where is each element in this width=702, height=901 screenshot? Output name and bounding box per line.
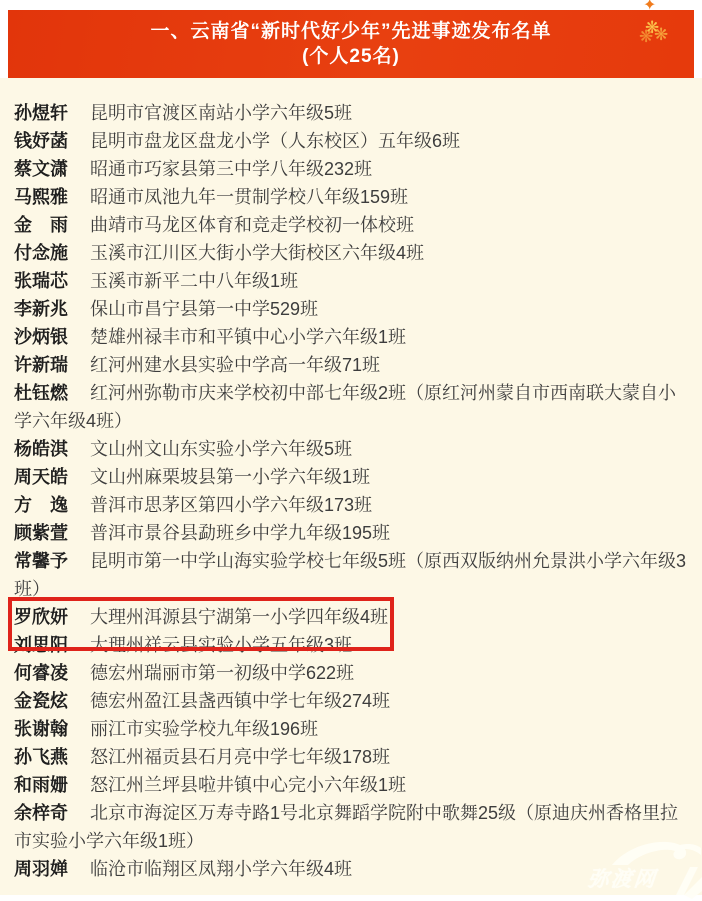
student-school: 怒江州兰坪县啦井镇中心完小六年级1班 <box>90 775 406 795</box>
student-name: 常馨予 <box>14 551 68 571</box>
student-school: 保山市昌宁县第一中学529班 <box>90 299 318 319</box>
list-item: 余梓奇北京市海淀区万寿寺路1号北京舞蹈学院附中歌舞25级（原迪庆州香格里拉市实验… <box>14 799 692 855</box>
student-name: 方 逸 <box>14 495 68 515</box>
student-name: 马熙雅 <box>14 187 68 207</box>
list-item: 钱妤菡昆明市盘龙区盘龙小学（人东校区）五年级6班 <box>14 127 692 155</box>
list-item: 常馨予昆明市第一中学山海实验学校七年级5班（原西双版纳州允景洪小学六年级3班） <box>14 547 692 603</box>
student-name: 付念施 <box>14 243 68 263</box>
student-school: 普洱市景谷县勐班乡中学九年级195班 <box>90 523 390 543</box>
student-name: 金 雨 <box>14 215 68 235</box>
list-item: 何睿凌德宏州瑞丽市第一初级中学622班 <box>14 659 692 687</box>
page-title: 一、云南省“新时代好少年”先进事迹发布名单 <box>8 19 694 44</box>
student-name: 金瓷炫 <box>14 691 68 711</box>
student-name: 张谢翰 <box>14 719 68 739</box>
student-school: 曲靖市马龙区体育和竞走学校初一体校班 <box>90 215 414 235</box>
student-name: 周天皓 <box>14 467 68 487</box>
student-school: 玉溪市新平二中八年级1班 <box>90 271 298 291</box>
list-item: 沙炳银楚雄州禄丰市和平镇中心小学六年级1班 <box>14 323 692 351</box>
student-name: 张瑞芯 <box>14 271 68 291</box>
student-school: 丽江市实验学校九年级196班 <box>90 719 318 739</box>
list-item: 金 雨曲靖市马龙区体育和竞走学校初一体校班 <box>14 211 692 239</box>
student-school: 红河州弥勒市庆来学校初中部七年级2班（原红河州蒙自市西南联大蒙自小学六年级4班） <box>14 383 676 431</box>
student-name: 蔡文潇 <box>14 159 68 179</box>
student-school: 怒江州福贡县石月亮中学七年级178班 <box>90 747 390 767</box>
student-school: 昆明市官渡区南站小学六年级5班 <box>90 103 352 123</box>
student-school: 玉溪市江川区大街小学大街校区六年级4班 <box>90 243 424 263</box>
highlight-box <box>8 597 394 651</box>
list-item: 蔡文潇昭通市巧家县第三中学八年级232班 <box>14 155 692 183</box>
list-item: 付念施玉溪市江川区大街小学大街校区六年级4班 <box>14 239 692 267</box>
student-name: 余梓奇 <box>14 803 68 823</box>
student-name: 周羽婵 <box>14 859 68 879</box>
student-name: 钱妤菡 <box>14 131 68 151</box>
student-school: 普洱市思茅区第四小学六年级173班 <box>90 495 372 515</box>
student-school: 昆明市盘龙区盘龙小学（人东校区）五年级6班 <box>90 131 460 151</box>
student-name: 沙炳银 <box>14 327 68 347</box>
list-item: 孙飞燕怒江州福贡县石月亮中学七年级178班 <box>14 743 692 771</box>
student-school: 德宏州盈江县盏西镇中学七年级274班 <box>90 691 390 711</box>
list-item: 张谢翰丽江市实验学校九年级196班 <box>14 715 692 743</box>
entries-list: 孙煜轩昆明市官渡区南站小学六年级5班 钱妤菡昆明市盘龙区盘龙小学（人东校区）五年… <box>0 78 702 895</box>
list-item: 周天皓文山州麻栗坡县第一小学六年级1班 <box>14 463 692 491</box>
student-school: 文山州文山东实验小学六年级5班 <box>90 439 352 459</box>
page-subtitle: (个人25名) <box>8 44 694 69</box>
student-name: 杨皓淇 <box>14 439 68 459</box>
student-school: 昭通市凤池九年一贯制学校八年级159班 <box>90 187 408 207</box>
student-name: 孙飞燕 <box>14 747 68 767</box>
list-item: 许新瑞红河州建水县实验中学高一年级71班 <box>14 351 692 379</box>
student-name: 杜钰燃 <box>14 383 68 403</box>
student-name: 许新瑞 <box>14 355 68 375</box>
list-item: 张瑞芯玉溪市新平二中八年级1班 <box>14 267 692 295</box>
list-item: 方 逸普洱市思茅区第四小学六年级173班 <box>14 491 692 519</box>
student-school: 临沧市临翔区凤翔小学六年级4班 <box>90 859 352 879</box>
student-school: 文山州麻栗坡县第一小学六年级1班 <box>90 467 370 487</box>
student-school: 北京市海淀区万寿寺路1号北京舞蹈学院附中歌舞25级（原迪庆州香格里拉市实验小学六… <box>14 803 678 851</box>
student-school: 楚雄州禄丰市和平镇中心小学六年级1班 <box>90 327 406 347</box>
student-name: 何睿凌 <box>14 663 68 683</box>
list-item: 杜钰燃红河州弥勒市庆来学校初中部七年级2班（原红河州蒙自市西南联大蒙自小学六年级… <box>14 379 692 435</box>
list-item: 顾紫萱普洱市景谷县勐班乡中学九年级195班 <box>14 519 692 547</box>
student-school: 昭通市巧家县第三中学八年级232班 <box>90 159 372 179</box>
list-item: 马熙雅昭通市凤池九年一贯制学校八年级159班 <box>14 183 692 211</box>
bottom-margin <box>0 895 702 901</box>
header-banner: 一、云南省“新时代好少年”先进事迹发布名单 (个人25名) <box>8 10 694 78</box>
student-school: 红河州建水县实验中学高一年级71班 <box>90 355 380 375</box>
student-name: 孙煜轩 <box>14 103 68 123</box>
document-page: ✦ ❋ 一、云南省“新时代好少年”先进事迹发布名单 (个人25名) 孙煜轩昆明市… <box>0 0 702 901</box>
list-item: 李新兆保山市昌宁县第一中学529班 <box>14 295 692 323</box>
list-item: 周羽婵临沧市临翔区凤翔小学六年级4班 <box>14 855 692 883</box>
list-item: 杨皓淇文山州文山东实验小学六年级5班 <box>14 435 692 463</box>
student-name: 和雨姗 <box>14 775 68 795</box>
sparkle-icon: ✦ <box>643 0 656 15</box>
student-name: 李新兆 <box>14 299 68 319</box>
student-name: 顾紫萱 <box>14 523 68 543</box>
list-item: 和雨姗怒江州兰坪县啦井镇中心完小六年级1班 <box>14 771 692 799</box>
list-item: 孙煜轩昆明市官渡区南站小学六年级5班 <box>14 99 692 127</box>
student-school: 德宏州瑞丽市第一初级中学622班 <box>90 663 354 683</box>
firework-sparkle-icon: ❋ <box>645 18 659 38</box>
list-item: 金瓷炫德宏州盈江县盏西镇中学七年级274班 <box>14 687 692 715</box>
student-school: 昆明市第一中学山海实验学校七年级5班（原西双版纳州允景洪小学六年级3班） <box>14 551 686 599</box>
